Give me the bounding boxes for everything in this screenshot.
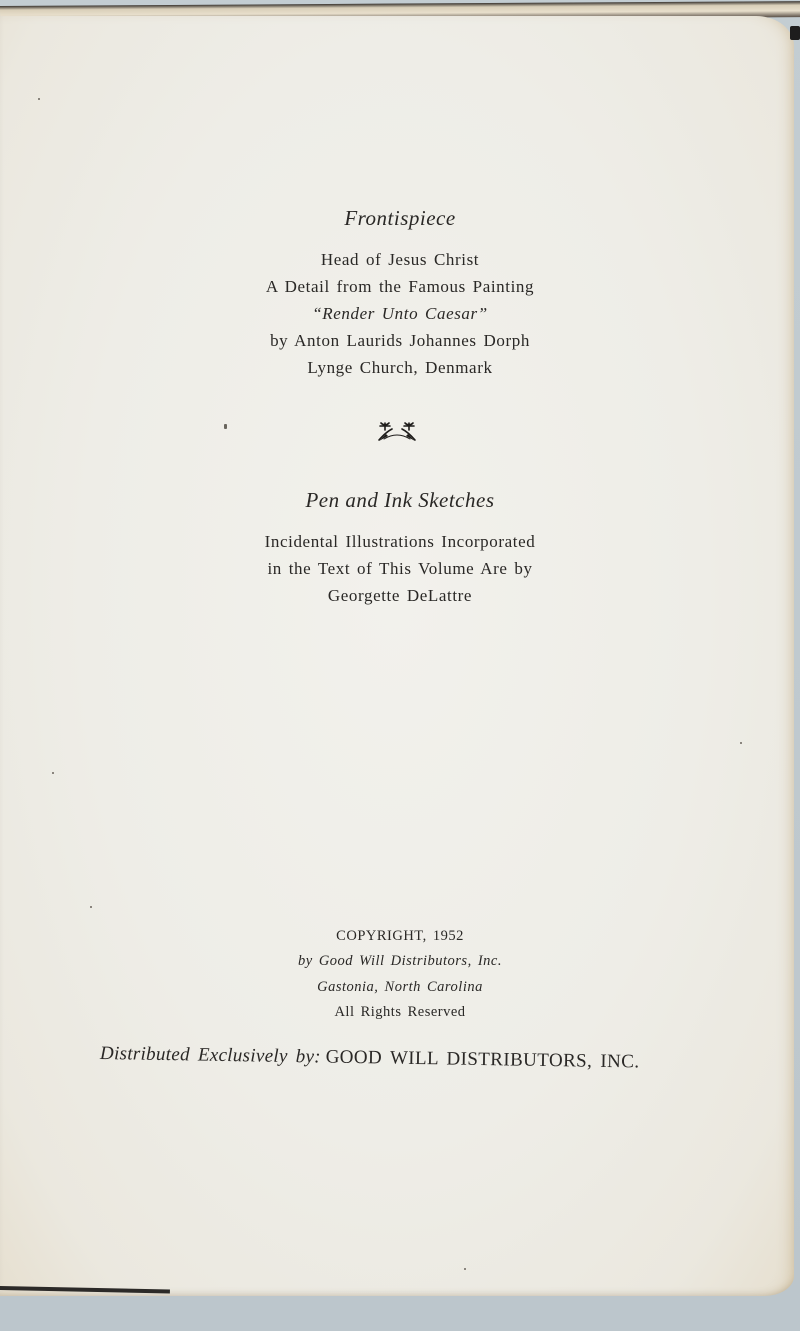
paper-speck [740,742,742,744]
paper-speck [464,1268,466,1270]
sketches-illustrator: Georgette DeLattre [0,586,800,606]
paper-speck [224,424,227,429]
book-cover-corner [790,26,800,40]
sketches-line-2: in the Text of This Volume Are by [0,559,800,579]
paper-speck [90,906,92,908]
sketches-line-1: Incidental Illustrations Incorporated [0,532,800,552]
copyright-location: Gastonia, North Carolina [0,979,800,996]
copyright-year: COPYRIGHT, 1952 [0,928,800,945]
frontispiece-line-1: Head of Jesus Christ [0,250,800,270]
paper-speck [38,98,40,100]
copyright-rights: All Rights Reserved [0,1004,800,1021]
floral-fleuron-icon [376,421,418,443]
distribution-company: GOOD WILL DISTRIBUTORS, INC. [325,1047,639,1073]
sketches-heading: Pen and Ink Sketches [0,488,800,513]
book-photo-scene: Frontispiece Head of Jesus Christ A Deta… [0,0,800,1331]
distribution-prefix: Distributed Exclusively by: [100,1043,321,1067]
frontispiece-heading: Frontispiece [0,206,800,231]
frontispiece-line-2: A Detail from the Famous Painting [0,277,800,297]
paper-speck [52,772,54,774]
copyright-holder: by Good Will Distributors, Inc. [0,953,800,970]
frontispiece-line-4: by Anton Laurids Johannes Dorph [0,331,800,351]
frontispiece-painting-title: “Render Unto Caesar” [0,304,800,324]
frontispiece-line-5: Lynge Church, Denmark [0,358,800,378]
